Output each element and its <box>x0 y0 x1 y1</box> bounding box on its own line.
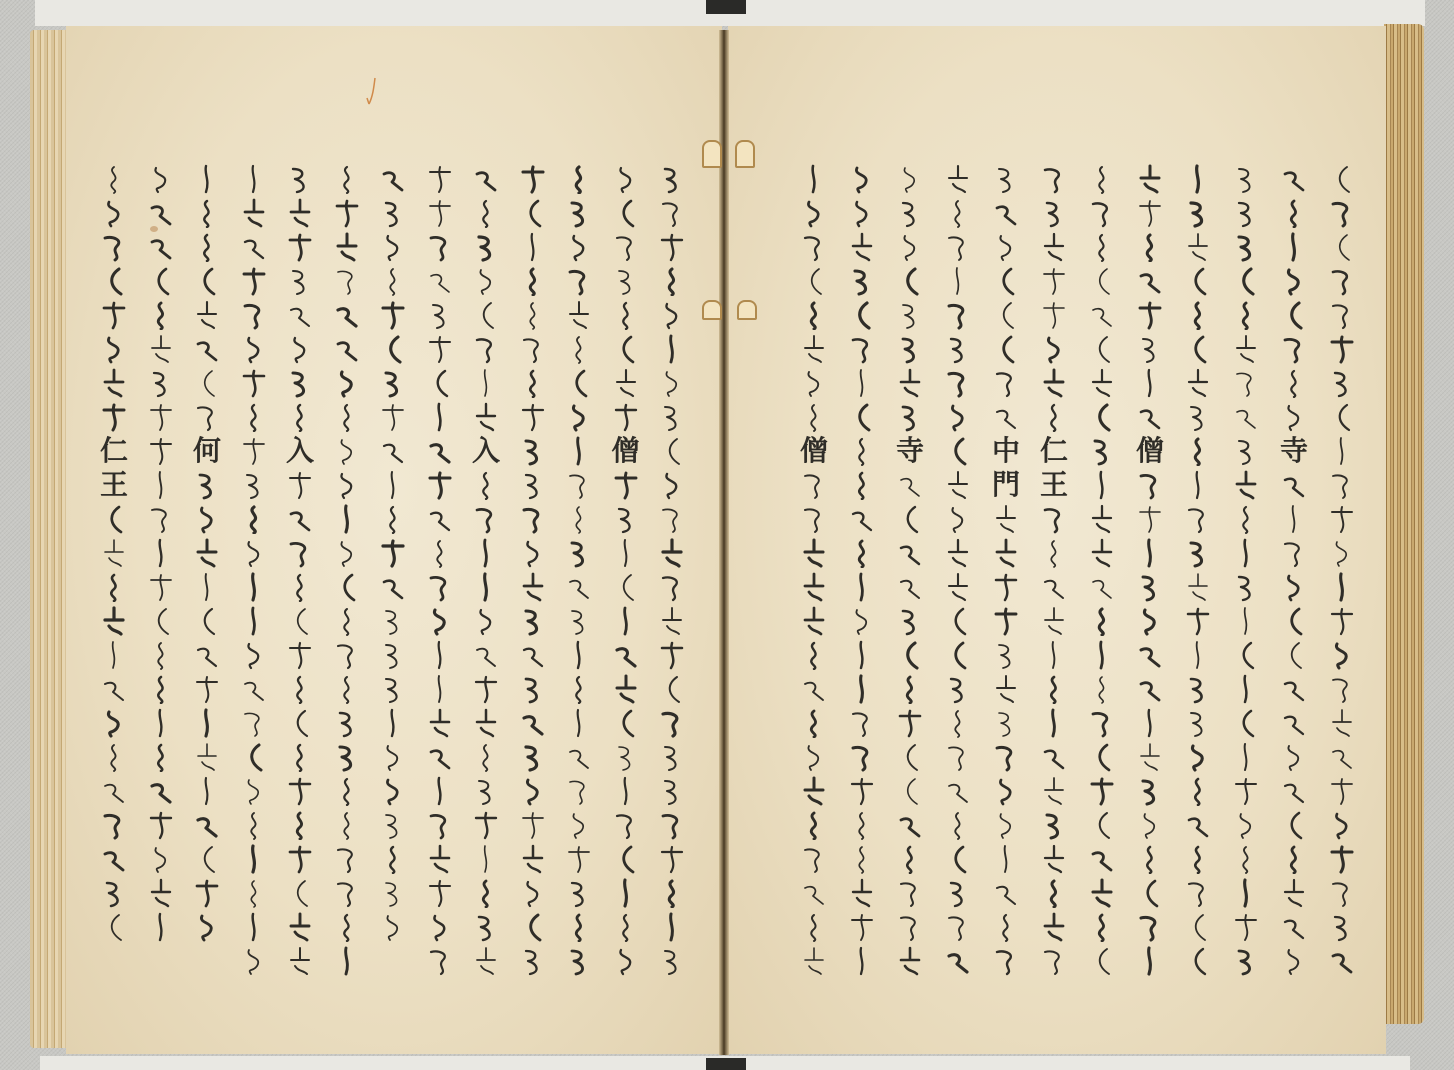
cursive-glyph <box>1087 844 1117 874</box>
cursive-glyph <box>1327 232 1357 262</box>
cursive-glyph <box>1231 368 1261 398</box>
text-column: 寺 <box>1274 164 1314 976</box>
cursive-glyph <box>239 368 269 398</box>
cursive-glyph <box>657 232 687 262</box>
cursive-glyph <box>657 606 687 636</box>
cursive-glyph <box>799 402 829 432</box>
cursive-glyph <box>1183 334 1213 364</box>
cursive-glyph <box>378 300 408 330</box>
cursive-glyph <box>239 572 269 602</box>
cursive-glyph <box>564 810 594 840</box>
cursive-glyph <box>518 164 548 194</box>
cursive-glyph <box>895 198 925 228</box>
cursive-glyph <box>847 776 877 806</box>
cursive-glyph <box>146 232 176 262</box>
cursive-glyph <box>1231 946 1261 976</box>
cursive-glyph <box>564 844 594 874</box>
cursive-glyph <box>564 368 594 398</box>
cursive-glyph <box>285 300 315 330</box>
cursive-glyph <box>332 708 362 738</box>
cursive-glyph <box>1279 912 1309 942</box>
cursive-glyph <box>99 708 129 738</box>
text-column <box>1082 164 1122 976</box>
cursive-glyph <box>425 844 455 874</box>
cursive-glyph <box>1231 776 1261 806</box>
cursive-glyph <box>471 266 501 296</box>
cursive-glyph <box>332 844 362 874</box>
cursive-glyph <box>192 844 222 874</box>
cursive-glyph <box>991 946 1021 976</box>
cursive-glyph <box>425 232 455 262</box>
cursive-glyph <box>991 674 1021 704</box>
cursive-glyph <box>1327 368 1357 398</box>
text-column <box>938 164 978 976</box>
cursive-glyph <box>657 470 687 500</box>
cursive-glyph <box>895 946 925 976</box>
cursive-glyph <box>1327 402 1357 432</box>
cursive-glyph <box>471 946 501 976</box>
legible-character: 中 <box>990 436 1022 466</box>
cursive-glyph <box>657 334 687 364</box>
cursive-glyph <box>564 538 594 568</box>
cursive-glyph <box>332 368 362 398</box>
cursive-glyph <box>1327 810 1357 840</box>
cursive-glyph <box>192 232 222 262</box>
cursive-glyph <box>99 572 129 602</box>
cursive-glyph <box>611 572 641 602</box>
cursive-glyph <box>285 844 315 874</box>
cursive-glyph <box>943 912 973 942</box>
cursive-glyph <box>799 742 829 772</box>
text-column: 仁王 <box>1034 164 1074 976</box>
cursive-glyph <box>285 198 315 228</box>
cursive-glyph <box>799 640 829 670</box>
cursive-glyph <box>991 640 1021 670</box>
cursive-glyph <box>847 538 877 568</box>
cursive-glyph <box>1135 606 1165 636</box>
cursive-glyph <box>99 606 129 636</box>
text-column: 中門 <box>986 164 1026 976</box>
left-page-edges <box>30 30 68 1048</box>
cursive-glyph <box>425 164 455 194</box>
cursive-glyph <box>425 742 455 772</box>
cursive-glyph <box>471 844 501 874</box>
cursive-glyph <box>239 232 269 262</box>
cursive-glyph <box>285 810 315 840</box>
cursive-glyph <box>192 742 222 772</box>
text-column: 入 <box>280 164 320 976</box>
cursive-glyph <box>895 708 925 738</box>
cursive-glyph <box>564 878 594 908</box>
cursive-glyph <box>332 640 362 670</box>
cursive-glyph <box>425 538 455 568</box>
cursive-glyph <box>611 946 641 976</box>
right-page: 寺僧仁王中門寺僧 <box>728 26 1386 1054</box>
cursive-glyph <box>943 674 973 704</box>
cursive-glyph <box>1231 606 1261 636</box>
cursive-glyph <box>991 878 1021 908</box>
cursive-glyph <box>1279 810 1309 840</box>
cursive-glyph <box>611 232 641 262</box>
cursive-glyph <box>1039 946 1069 976</box>
cursive-glyph <box>943 164 973 194</box>
cursive-glyph <box>1279 300 1309 330</box>
cursive-glyph <box>895 742 925 772</box>
cursive-glyph <box>239 776 269 806</box>
cursive-glyph <box>1135 402 1165 432</box>
cursive-glyph <box>1279 198 1309 228</box>
cursive-glyph <box>1039 198 1069 228</box>
cursive-glyph <box>564 708 594 738</box>
cursive-glyph <box>1279 946 1309 976</box>
cursive-glyph <box>1087 674 1117 704</box>
cursive-glyph <box>99 232 129 262</box>
cursive-glyph <box>1087 946 1117 976</box>
cursive-glyph <box>799 300 829 330</box>
text-column: 僧 <box>794 164 834 976</box>
cursive-glyph <box>1231 232 1261 262</box>
cursive-glyph <box>799 674 829 704</box>
cursive-glyph <box>564 776 594 806</box>
cursive-glyph <box>1327 504 1357 534</box>
cursive-glyph <box>991 810 1021 840</box>
cursive-glyph <box>1231 504 1261 534</box>
cursive-glyph <box>943 742 973 772</box>
cursive-glyph <box>378 606 408 636</box>
cursive-glyph <box>657 538 687 568</box>
cursive-glyph <box>192 878 222 908</box>
cursive-glyph <box>518 300 548 330</box>
cursive-glyph <box>1327 198 1357 228</box>
cursive-glyph <box>847 232 877 262</box>
text-column: 仁王 <box>94 164 134 942</box>
cursive-glyph <box>285 538 315 568</box>
cursive-glyph <box>332 606 362 636</box>
cursive-glyph <box>847 334 877 364</box>
cursive-glyph <box>1135 232 1165 262</box>
cursive-glyph <box>1231 334 1261 364</box>
cursive-glyph <box>1039 232 1069 262</box>
cursive-glyph <box>285 470 315 500</box>
text-column: 僧 <box>606 164 646 976</box>
cursive-glyph <box>1087 606 1117 636</box>
cursive-glyph <box>146 810 176 840</box>
cursive-glyph <box>239 198 269 228</box>
cursive-glyph <box>239 538 269 568</box>
cursive-glyph <box>192 504 222 534</box>
cursive-glyph <box>895 402 925 432</box>
cursive-glyph <box>895 912 925 942</box>
cursive-glyph <box>943 368 973 398</box>
cursive-glyph <box>991 776 1021 806</box>
cursive-glyph <box>895 606 925 636</box>
cursive-glyph <box>564 572 594 602</box>
cursive-glyph <box>1327 266 1357 296</box>
cursive-glyph <box>378 198 408 228</box>
text-column <box>652 164 692 976</box>
cursive-glyph <box>943 606 973 636</box>
cursive-glyph <box>1039 708 1069 738</box>
cursive-glyph <box>799 946 829 976</box>
legible-character: 仁 <box>1038 436 1070 466</box>
cursive-glyph <box>332 946 362 976</box>
cursive-glyph <box>657 198 687 228</box>
cursive-glyph <box>99 368 129 398</box>
cursive-glyph <box>192 368 222 398</box>
cursive-glyph <box>239 300 269 330</box>
cursive-glyph <box>1279 674 1309 704</box>
cursive-glyph <box>378 538 408 568</box>
cursive-glyph <box>847 164 877 194</box>
cursive-glyph <box>471 776 501 806</box>
cursive-glyph <box>943 776 973 806</box>
cursive-glyph <box>564 198 594 228</box>
cursive-glyph <box>895 164 925 194</box>
cursive-glyph <box>1087 198 1117 228</box>
cursive-glyph <box>471 708 501 738</box>
cursive-glyph <box>1231 470 1261 500</box>
cursive-glyph <box>799 164 829 194</box>
cursive-glyph <box>847 470 877 500</box>
cursive-glyph <box>378 368 408 398</box>
cursive-glyph <box>1279 334 1309 364</box>
cursive-glyph <box>657 164 687 194</box>
cursive-glyph <box>1039 878 1069 908</box>
cursive-glyph <box>799 232 829 262</box>
text-column: 入 <box>466 164 506 976</box>
cursive-glyph <box>1327 470 1357 500</box>
cursive-glyph <box>425 470 455 500</box>
cursive-glyph <box>1231 538 1261 568</box>
cursive-glyph <box>425 334 455 364</box>
cursive-glyph <box>1135 334 1165 364</box>
cursive-glyph <box>1279 742 1309 772</box>
cursive-glyph <box>146 572 176 602</box>
cursive-glyph <box>518 674 548 704</box>
cursive-glyph <box>943 300 973 330</box>
cursive-glyph <box>1231 402 1261 432</box>
wormhole <box>737 300 757 320</box>
legible-character: 入 <box>284 436 316 466</box>
cursive-glyph <box>1231 912 1261 942</box>
cursive-glyph <box>657 742 687 772</box>
text-column <box>327 164 367 976</box>
cursive-glyph <box>799 266 829 296</box>
cursive-glyph <box>239 164 269 194</box>
cursive-glyph <box>1135 844 1165 874</box>
cursive-glyph <box>425 436 455 466</box>
cursive-glyph <box>1135 164 1165 194</box>
cursive-glyph <box>1087 436 1117 466</box>
cursive-glyph <box>991 266 1021 296</box>
cursive-glyph <box>611 266 641 296</box>
cursive-glyph <box>1183 504 1213 534</box>
cursive-glyph <box>799 470 829 500</box>
cursive-glyph <box>1087 402 1117 432</box>
cursive-glyph <box>1327 436 1357 466</box>
cursive-glyph <box>378 742 408 772</box>
cursive-glyph <box>332 164 362 194</box>
cursive-glyph <box>1039 164 1069 194</box>
cursive-glyph <box>378 266 408 296</box>
cursive-glyph <box>192 402 222 432</box>
cursive-glyph <box>1279 640 1309 670</box>
cursive-glyph <box>99 640 129 670</box>
cursive-glyph <box>99 878 129 908</box>
text-column <box>842 164 882 976</box>
cursive-glyph <box>285 164 315 194</box>
cursive-glyph <box>378 674 408 704</box>
cursive-glyph <box>943 538 973 568</box>
cursive-glyph <box>518 198 548 228</box>
cursive-glyph <box>1039 538 1069 568</box>
cursive-glyph <box>425 266 455 296</box>
cursive-glyph <box>564 504 594 534</box>
cursive-glyph <box>518 504 548 534</box>
cursive-glyph <box>895 878 925 908</box>
cursive-glyph <box>1183 538 1213 568</box>
cursive-glyph <box>378 640 408 670</box>
cursive-glyph <box>378 708 408 738</box>
cursive-glyph <box>471 538 501 568</box>
cursive-glyph <box>1183 572 1213 602</box>
cursive-glyph <box>518 334 548 364</box>
cursive-glyph <box>1279 504 1309 534</box>
cursive-glyph <box>895 470 925 500</box>
cursive-glyph <box>192 164 222 194</box>
cursive-glyph <box>1279 368 1309 398</box>
cursive-glyph <box>1135 470 1165 500</box>
cursive-glyph <box>1135 742 1165 772</box>
cursive-glyph <box>1135 946 1165 976</box>
cursive-glyph <box>611 334 641 364</box>
cursive-glyph <box>146 164 176 194</box>
cursive-glyph <box>332 674 362 704</box>
cursive-glyph <box>518 266 548 296</box>
cursive-glyph <box>657 572 687 602</box>
cursive-glyph <box>332 300 362 330</box>
cursive-glyph <box>285 266 315 296</box>
spine-top <box>706 0 746 14</box>
cursive-glyph <box>378 470 408 500</box>
cursive-glyph <box>99 198 129 228</box>
cursive-glyph <box>146 844 176 874</box>
cursive-glyph <box>285 504 315 534</box>
cursive-glyph <box>847 946 877 976</box>
cursive-glyph <box>847 606 877 636</box>
cursive-glyph <box>943 334 973 364</box>
cursive-glyph <box>518 572 548 602</box>
cursive-glyph <box>192 266 222 296</box>
cursive-glyph <box>611 164 641 194</box>
cursive-glyph <box>991 334 1021 364</box>
cursive-glyph <box>799 368 829 398</box>
cursive-glyph <box>471 640 501 670</box>
cursive-glyph <box>518 232 548 262</box>
cursive-glyph <box>611 844 641 874</box>
cursive-glyph <box>799 844 829 874</box>
cursive-glyph <box>895 810 925 840</box>
cursive-glyph <box>1327 912 1357 942</box>
cursive-glyph <box>1087 164 1117 194</box>
cursive-glyph <box>895 640 925 670</box>
cursive-glyph <box>847 504 877 534</box>
cursive-glyph <box>1087 776 1117 806</box>
text-column <box>234 164 274 976</box>
cursive-glyph <box>1327 844 1357 874</box>
cursive-glyph <box>799 572 829 602</box>
cursive-glyph <box>799 878 829 908</box>
cursive-glyph <box>425 708 455 738</box>
cursive-glyph <box>1231 164 1261 194</box>
cursive-glyph <box>943 402 973 432</box>
cursive-glyph <box>943 470 973 500</box>
cursive-glyph <box>1231 640 1261 670</box>
cursive-glyph <box>518 776 548 806</box>
legible-character: 僧 <box>610 436 642 466</box>
cursive-glyph <box>1231 844 1261 874</box>
cursive-glyph <box>192 640 222 670</box>
cursive-glyph <box>425 368 455 398</box>
cursive-glyph <box>146 606 176 636</box>
cursive-glyph <box>1183 844 1213 874</box>
cursive-glyph <box>847 368 877 398</box>
cursive-glyph <box>1231 300 1261 330</box>
cursive-glyph <box>99 776 129 806</box>
cursive-glyph <box>564 232 594 262</box>
cursive-glyph <box>991 572 1021 602</box>
cursive-glyph <box>657 640 687 670</box>
cursive-glyph <box>1183 742 1213 772</box>
cursive-glyph <box>611 640 641 670</box>
text-column <box>1178 164 1218 976</box>
cursive-glyph <box>378 572 408 602</box>
cursive-glyph <box>239 640 269 670</box>
cursive-glyph <box>564 946 594 976</box>
cursive-glyph <box>239 708 269 738</box>
cursive-glyph <box>192 776 222 806</box>
cursive-glyph <box>1231 198 1261 228</box>
cursive-glyph <box>425 810 455 840</box>
cursive-glyph <box>518 844 548 874</box>
cursive-glyph <box>1183 436 1213 466</box>
cursive-glyph <box>943 572 973 602</box>
cursive-glyph <box>378 402 408 432</box>
cursive-glyph <box>564 674 594 704</box>
cursive-glyph <box>99 334 129 364</box>
cursive-glyph <box>425 640 455 670</box>
cursive-glyph <box>99 742 129 772</box>
cursive-glyph <box>1039 640 1069 670</box>
cursive-glyph <box>285 946 315 976</box>
cursive-glyph <box>799 538 829 568</box>
cursive-glyph <box>332 198 362 228</box>
cursive-glyph <box>564 912 594 942</box>
cursive-glyph <box>1327 708 1357 738</box>
cursive-glyph <box>285 402 315 432</box>
cursive-glyph <box>1279 164 1309 194</box>
cursive-glyph <box>611 470 641 500</box>
cursive-glyph <box>378 810 408 840</box>
cursive-glyph <box>471 674 501 704</box>
cursive-glyph <box>895 300 925 330</box>
cursive-glyph <box>1039 572 1069 602</box>
cursive-glyph <box>192 810 222 840</box>
cursive-glyph <box>471 912 501 942</box>
cursive-glyph <box>1087 640 1117 670</box>
cursive-glyph <box>1183 164 1213 194</box>
cursive-glyph <box>1279 402 1309 432</box>
